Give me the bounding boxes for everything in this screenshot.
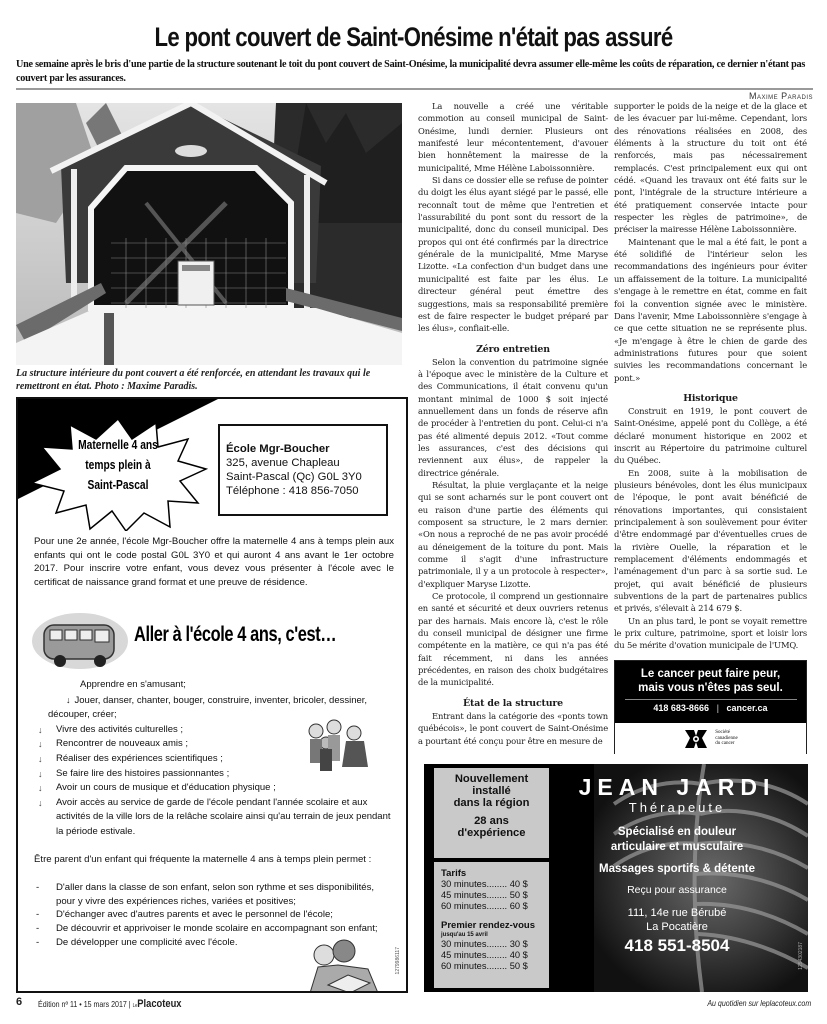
burst-line: temps plein à (75, 455, 160, 475)
website-tagline[interactable]: Au quotidien sur leplacoteux.com (707, 998, 811, 1008)
slogan-line: mais vous n'êtes pas seul. (615, 681, 806, 695)
massage-services: Massages sportifs & détente (552, 863, 802, 875)
price-list: Tarifs 30 minutes........ 40 $ 45 minute… (434, 862, 549, 972)
dash-bullet: - (34, 936, 56, 950)
paragraph: Un an plus tard, le pont se voyait remet… (614, 615, 807, 652)
cancer-ad-logo-area: Société canadienne du cancer (615, 723, 806, 754)
cancer-website[interactable]: cancer.ca (727, 703, 768, 713)
header-divider (16, 88, 813, 90)
burst-line: Maternelle 4 ans (75, 435, 160, 455)
parent-item: -D'aller dans la classe de son enfant, s… (34, 881, 390, 909)
arrow-down-icon: ↓ (38, 767, 56, 782)
price-row: 45 minutes........ 50 $ (441, 890, 549, 901)
promo-subtitle: jusqu'au 15 avril (441, 931, 549, 939)
therapist-address: 111, 14e rue Bérubé La Pocatière (552, 906, 802, 934)
benefit-text: Rencontrer de nouveaux amis ; (56, 737, 188, 752)
promo-title: Premier rendez-vous (441, 920, 549, 931)
arrow-down-icon: ↓ (38, 752, 56, 767)
article-column-2: supporter le poids de la neige et de la … (614, 100, 807, 652)
price-value: 40 $ (510, 950, 528, 960)
newspaper-logo: Placoteux (137, 998, 181, 1010)
price-label: 30 minutes........ (441, 879, 507, 889)
paragraph: Maintenant que le mal a été fait, le pon… (614, 236, 807, 384)
banner-line: dans la région (434, 797, 549, 809)
benefit-text: Vivre des activités culturelles ; (56, 723, 183, 738)
headline: Le pont couvert de Saint-Onésime n'était… (74, 22, 752, 53)
school-bus-icon (30, 611, 130, 671)
children-illustration (302, 717, 372, 777)
slogan-line: Le cancer peut faire peur, (615, 667, 806, 681)
organization-name: Société canadienne du cancer (715, 730, 738, 747)
parent-reading-illustration (298, 939, 382, 993)
therapist-role: Thérapeute (552, 800, 802, 816)
parent-intro: Être parent d'un enfant qui fréquente la… (34, 853, 390, 867)
banner-line: Nouvellement (434, 773, 549, 785)
school-name: École Mgr-Boucher (226, 442, 386, 456)
price-label: 45 minutes........ (441, 890, 507, 900)
cancer-society-advertisement: Le cancer peut faire peur, mais vous n'ê… (614, 660, 807, 754)
cancer-contact: 418 683-8666 | cancer.ca (615, 703, 806, 713)
price-value: 40 $ (510, 879, 528, 889)
specialty-line: Spécialisé en douleur (552, 825, 802, 840)
edition-info: Édition nº 11 • 15 mars 2017 | LePlacote… (38, 998, 181, 1010)
arrow-down-icon: ↓ (38, 781, 56, 796)
price-row: 60 minutes........ 60 $ (441, 901, 549, 912)
benefit-text: Se faire lire des histoires passionnante… (56, 767, 229, 782)
address-line: 325, avenue Chapleau (226, 456, 386, 470)
price-row: 30 minutes........ 30 $ (441, 939, 549, 950)
paragraph: Selon la convention du patrimoine signée… (418, 356, 608, 479)
article-photo (16, 103, 402, 365)
tarifs-title: Tarifs (441, 868, 549, 879)
benefit-text: Réaliser des expériences scientifiques ; (56, 752, 223, 767)
burst-line: Saint-Pascal (75, 475, 160, 495)
arrow-down-icon: ↓ (48, 695, 75, 705)
parent-text: D'aller dans la classe de son enfant, se… (56, 881, 390, 909)
therapist-name: JEAN JARDI (552, 774, 802, 800)
parent-text: De développer une complicité avec l'écol… (56, 936, 238, 950)
subheading-historique: Historique (614, 393, 807, 405)
daffodil-logo-icon (683, 728, 709, 750)
photo-caption: La structure intérieure du pont couvert … (16, 367, 408, 393)
parent-text: De découvrir et apprivoiser le monde sco… (56, 922, 378, 936)
parent-benefits: Être parent d'un enfant qui fréquente la… (34, 853, 390, 950)
dash-bullet: - (34, 881, 56, 909)
price-label: 45 minutes........ (441, 950, 507, 960)
dash-bullet: - (34, 922, 56, 936)
page-number: 6 (16, 996, 22, 1008)
spacer (441, 912, 549, 920)
price-row: 60 minutes........ 50 $ (441, 961, 549, 972)
price-label: 60 minutes........ (441, 901, 507, 911)
school-phone: Téléphone : 418 856-7050 (226, 484, 386, 498)
price-label: 60 minutes........ (441, 961, 507, 971)
paragraph: Si dans ce dossier elle se refuse de poi… (418, 174, 608, 334)
intro-banner: Nouvellement installé dans la région 28 … (434, 768, 549, 858)
parent-item: -De découvrir et apprivoiser le monde sc… (34, 922, 390, 936)
ad-code: 1279986117 (395, 947, 401, 974)
address-line: 111, 14e rue Bérubé (552, 906, 802, 920)
benefit-item: ↓Avoir accès au service de garde de l'éc… (38, 796, 400, 840)
arrow-down-icon: ↓ (38, 796, 56, 811)
therapist-advertisement: Nouvellement installé dans la région 28 … (424, 764, 808, 992)
parent-item: -D'échanger avec d'autres parents et ave… (34, 908, 390, 922)
banner-line: installé (434, 785, 549, 797)
school-advertisement: Maternelle 4 ans temps plein à Saint-Pas… (16, 397, 408, 993)
paragraph: Entrant dans la catégorie des «ponts tow… (418, 710, 608, 747)
lede: Une semaine après le bris d'une partie d… (16, 58, 816, 86)
arrow-down-icon: ↓ (38, 723, 56, 738)
separator: | (711, 703, 724, 713)
dash-bullet: - (34, 908, 56, 922)
therapist-info: JEAN JARDI Thérapeute Spécialisé en doul… (552, 774, 802, 956)
paragraph: Ce protocole, il comprend un gestionnair… (418, 590, 608, 689)
paragraph: La nouvelle a créé une véritable commoti… (418, 100, 608, 174)
covered-bridge-image (16, 103, 402, 365)
arrow-down-icon: ↓ (38, 737, 56, 752)
org-line: du cancer (715, 741, 738, 747)
school-intro: Pour une 2e année, l'école Mgr-Boucher o… (34, 535, 394, 589)
specialty-line: articulaire et musculaire (552, 840, 802, 855)
paragraph: Construit en 1919, le pont couvert de Sa… (614, 405, 807, 467)
subheading-zero-entretien: Zéro entretien (418, 344, 608, 356)
price-value: 50 $ (510, 961, 528, 971)
experience-line: 28 ans (434, 815, 549, 827)
ad-code: 1254302187 (798, 942, 804, 970)
benefit-item: ↓Avoir un cours de musique et d'éducatio… (38, 781, 400, 796)
benefit-text: Avoir un cours de musique et d'éducation… (56, 781, 276, 796)
parent-text: D'échanger avec d'autres parents et avec… (56, 908, 333, 922)
benefit-text: Avoir accès au service de garde de l'éco… (56, 796, 400, 840)
school-heading: Aller à l'école 4 ans, c'est… (134, 623, 336, 647)
specialty: Spécialisé en douleur articulaire et mus… (552, 825, 802, 855)
price-row: 30 minutes........ 40 $ (441, 879, 549, 890)
price-label: 30 minutes........ (441, 939, 507, 949)
address-line: La Pocatière (552, 920, 802, 934)
school-address-box: École Mgr-Boucher 325, avenue Chapleau S… (218, 424, 388, 516)
price-value: 60 $ (510, 901, 528, 911)
insurance-receipt: Reçu pour assurance (552, 884, 802, 896)
page-footer: 6 Édition nº 11 • 15 mars 2017 | LePlaco… (16, 997, 811, 1011)
burst-text: Maternelle 4 ans temps plein à Saint-Pas… (75, 435, 160, 495)
address-line: Saint-Pascal (Qc) G0L 3Y0 (226, 470, 386, 484)
price-value: 50 $ (510, 890, 528, 900)
price-value: 30 $ (510, 939, 528, 949)
therapist-phone: 418 551-8504 (552, 936, 802, 956)
article-column-1: La nouvelle a créé une véritable commoti… (418, 100, 608, 747)
cancer-phone: 418 683-8666 (653, 703, 709, 713)
subheading-etat-structure: État de la structure (418, 698, 608, 710)
edition-text: Édition nº 11 • 15 mars 2017 | (38, 999, 131, 1009)
pricing-panel: Nouvellement installé dans la région 28 … (434, 768, 549, 988)
experience-line: d'expérience (434, 827, 549, 839)
benefit-intro: Apprendre en s'amusant; (38, 678, 400, 693)
divider (625, 699, 797, 700)
cancer-ad-banner: Le cancer peut faire peur, mais vous n'ê… (615, 661, 806, 723)
paragraph: Résultat, la pluie verglaçante et la nei… (418, 479, 608, 590)
paragraph: En 2008, suite à la mobilisation de plus… (614, 467, 807, 615)
price-row: 45 minutes........ 40 $ (441, 950, 549, 961)
paragraph: supporter le poids de la neige et de la … (614, 100, 807, 236)
